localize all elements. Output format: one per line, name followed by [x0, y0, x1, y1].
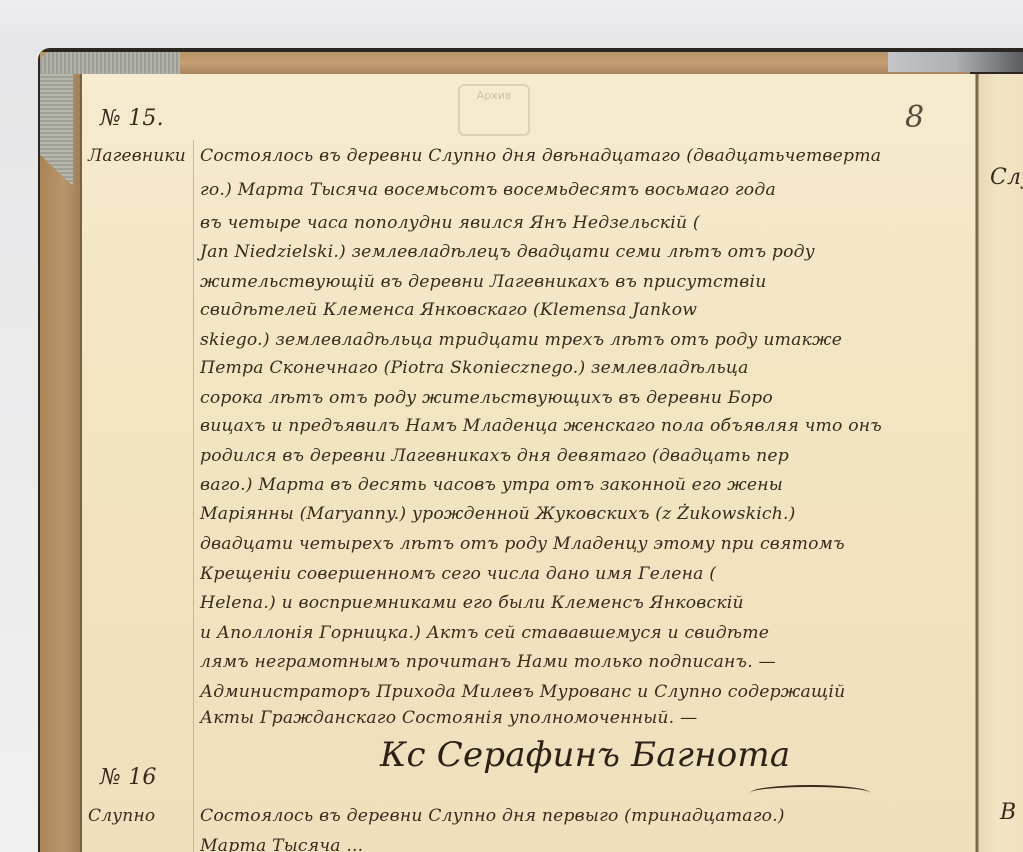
record-line: жительствующій въ деревни Лагевникахъ въ… [200, 272, 766, 292]
right-page [979, 74, 1023, 852]
record-line: skiego.) землевладѣльца тридцати трехъ л… [200, 330, 842, 350]
entry-number: № 16 [100, 765, 157, 790]
record-line: Крещеніи совершенномъ сего числа дано им… [200, 564, 716, 584]
cloth-corner-top-left [40, 52, 180, 74]
record-line: ваго.) Марта въ десять часовъ утра отъ з… [200, 475, 783, 495]
priest-signature: Кс Серафинъ Багнота [380, 735, 790, 775]
margin-rule-line [193, 140, 194, 852]
record-line: Маріянны (Maryanny.) урожденной Жуковски… [200, 504, 796, 524]
entry-place: Лагевники [88, 146, 186, 166]
record-line: свидѣтелей Клеменса Янковскаго (Klemensa… [200, 300, 697, 320]
record-line: Петра Сконечнаго (Piotra Skoniecznego.) … [200, 358, 749, 378]
signature-flourish [750, 785, 870, 801]
record-line: сорока лѣтъ отъ роду жительствующихъ въ … [200, 388, 773, 408]
faded-archive-stamp: Архив [458, 84, 530, 136]
record-line: Марта Тысяча ... [200, 836, 363, 852]
record-line: въ четыре часа пополудни явился Янъ Недз… [200, 213, 700, 233]
record-line: лямъ неграмотнымъ прочитанъ Нами только … [200, 652, 776, 672]
record-line: Jan Niedzielski.) землевладѣлецъ двадцат… [200, 242, 815, 262]
book-board-left [40, 74, 82, 852]
record-line: Акты Гражданскаго Состоянія уполномоченн… [200, 708, 697, 728]
record-line: Администраторъ Прихода Милевъ Мурованс и… [200, 682, 845, 702]
record-line: родился въ деревни Лагевникахъ дня девят… [200, 446, 789, 466]
right-page-text-fragment: Слу [990, 165, 1023, 190]
entry-number: № 15. [100, 106, 164, 131]
record-line: Состоялось въ деревни Слупно дня двѣнадц… [200, 146, 881, 166]
record-line: Helena.) и восприемниками его были Клеме… [200, 593, 744, 613]
record-line: вицахъ и предъявилъ Намъ Младенца женска… [200, 416, 882, 436]
record-line: го.) Марта Тысяча восемьсотъ восемьдесят… [200, 180, 776, 200]
entry-place: Слупно [88, 806, 155, 826]
record-line: Состоялось въ деревни Слупно дня первыго… [200, 806, 785, 826]
folio-number: 8 [905, 100, 924, 135]
record-line: двадцати четырехъ лѣтъ отъ роду Младенцу… [200, 534, 845, 554]
record-line: и Аполлонія Горницка.) Актъ сей стававше… [200, 623, 769, 643]
right-page-text-fragment: В [1000, 800, 1016, 825]
cloth-corner-top-right [888, 52, 1023, 72]
